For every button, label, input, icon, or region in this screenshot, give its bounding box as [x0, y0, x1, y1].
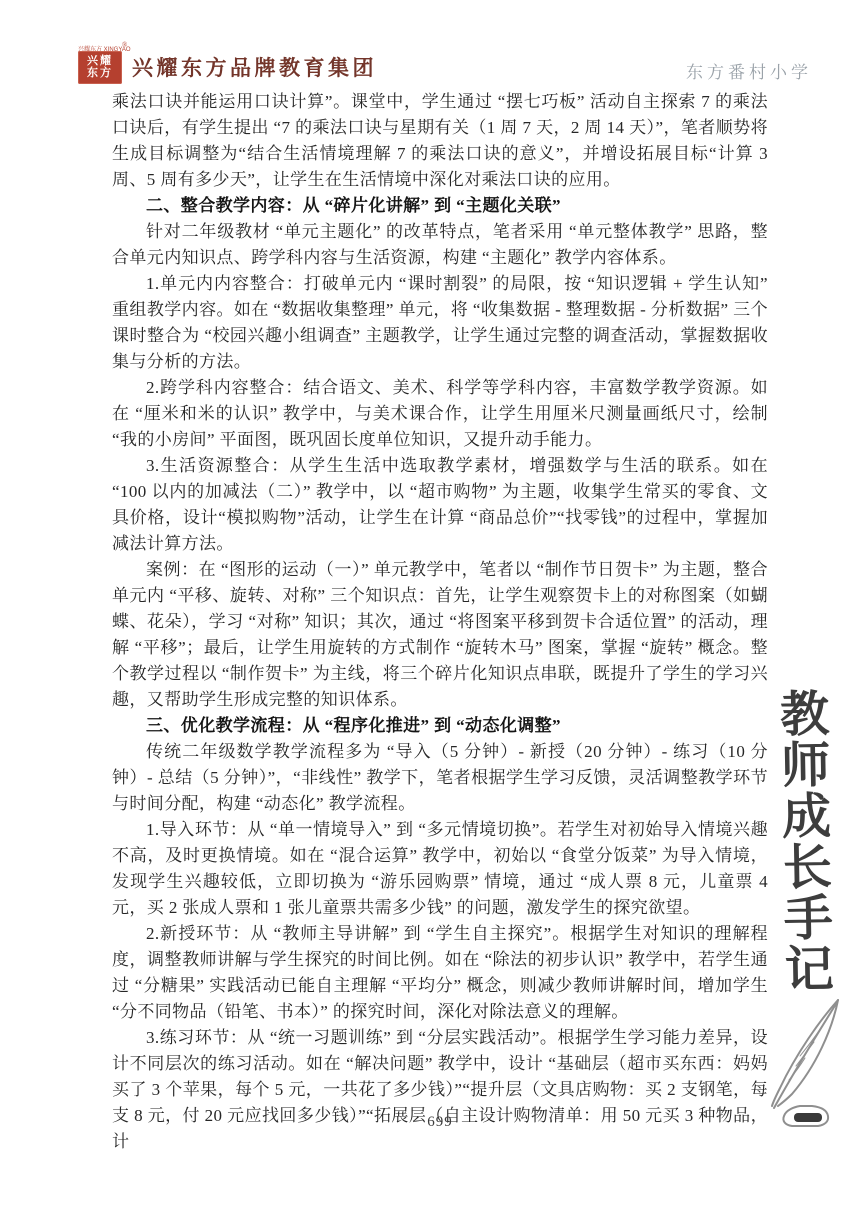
- paragraph: 1.导入环节：从 “单一情境导入” 到 “多元情境切换”。若学生对初始导入情境兴…: [112, 817, 768, 921]
- paragraph: 2.新授环节：从 “教师主导讲解” 到 “学生自主探究”。根据学生对知识的理解程…: [112, 921, 768, 1025]
- brand-logo: 兴耀东方 XINGYAO ® 兴耀 东方: [78, 44, 124, 86]
- section-heading: 三、优化教学流程：从 “程序化推进” 到 “动态化调整”: [112, 713, 768, 739]
- document-body: 乘法口诀并能运用口诀计算”。课堂中，学生通过 “摆七巧板” 活动自主探索 7 的…: [112, 89, 768, 1155]
- paragraph: 2.跨学科内容整合：结合语文、美术、科学等学科内容，丰富数学教学资源。如在 “厘…: [112, 375, 768, 453]
- paragraph: 乘法口诀并能运用口诀计算”。课堂中，学生通过 “摆七巧板” 活动自主探索 7 的…: [112, 89, 768, 193]
- paragraph: 传统二年级数学教学流程多为 “导入（5 分钟）- 新授（20 分钟）- 练习（1…: [112, 739, 768, 817]
- paragraph: 3.生活资源整合：从学生生活中选取教学素材，增强数学与生活的联系。如在“100 …: [112, 453, 768, 557]
- page-number: 699: [112, 1114, 768, 1131]
- margin-calligraphy-text: 教师成长手记: [776, 688, 830, 999]
- page-header: 兴耀东方 XINGYAO ® 兴耀 东方 兴耀东方品牌教育集团 东方番村小学: [0, 0, 850, 92]
- seal-text-line2: 东方: [87, 68, 113, 80]
- section-heading: 二、整合教学内容：从 “碎片化讲解” 到 “主题化关联”: [112, 193, 768, 219]
- paragraph: 针对二年级教材 “单元主题化” 的改革特点，笔者采用 “单元整体教学” 思路，整…: [112, 219, 768, 271]
- registered-trademark-icon: ®: [122, 41, 127, 49]
- organization-title: 兴耀东方品牌教育集团: [132, 52, 377, 82]
- brand-seal-icon: 兴耀 东方: [78, 51, 122, 84]
- quill-and-inkwell-icon: [758, 996, 850, 1138]
- seal-text-line1: 兴耀: [87, 56, 113, 68]
- paragraph: 1.单元内内容整合：打破单元内 “课时割裂” 的局限，按 “知识逻辑 + 学生认…: [112, 271, 768, 375]
- paragraph: 案例：在 “图形的运动（一）” 单元教学中，笔者以 “制作节日贺卡” 为主题，整…: [112, 557, 768, 713]
- paragraph: 3.练习环节：从 “统一习题训练” 到 “分层实践活动”。根据学生学习能力差异，…: [112, 1025, 768, 1155]
- document-page: 兴耀东方 XINGYAO ® 兴耀 东方 兴耀东方品牌教育集团 东方番村小学 乘…: [0, 0, 850, 1205]
- school-name: 东方番村小学: [686, 58, 812, 83]
